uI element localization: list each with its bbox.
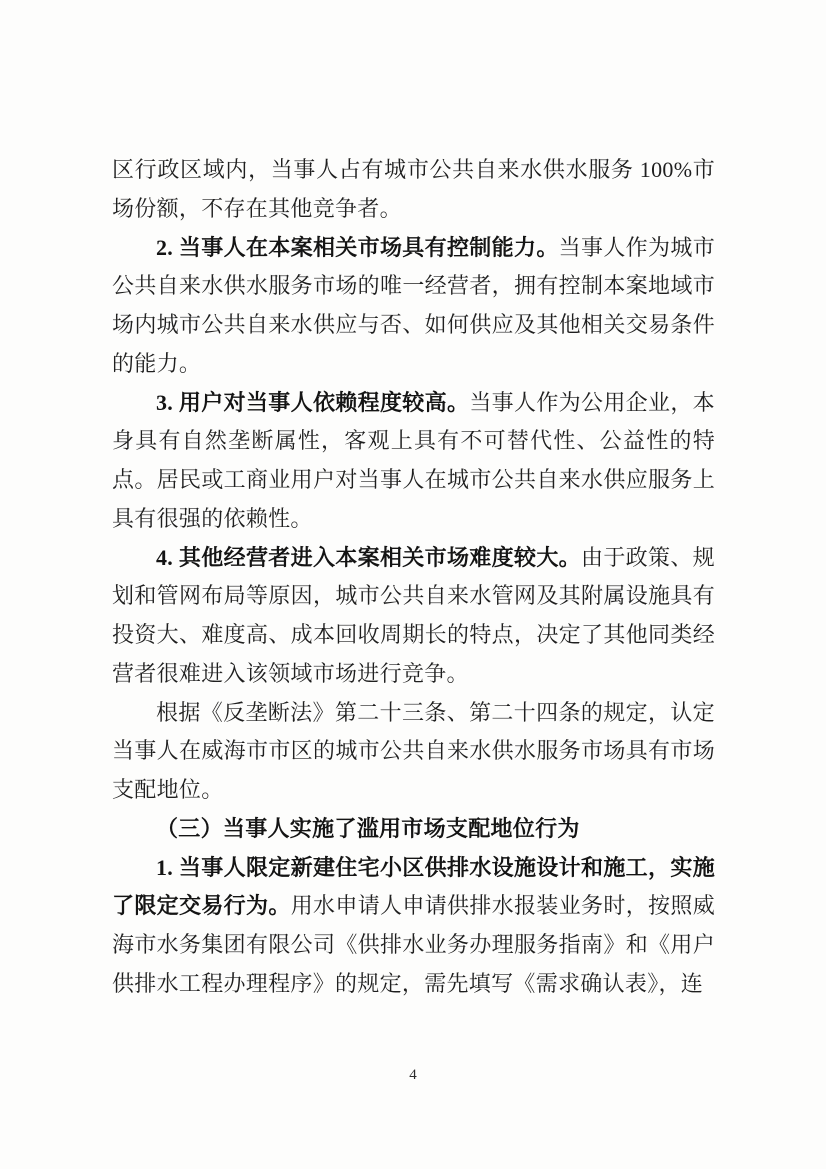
paragraph: 2. 当事人在本案相关市场具有控制能力。当事人作为城市公共自来水供水服务市场的唯… <box>112 229 715 384</box>
text-run: 区行政区域内，当事人占有城市公共自来水供水服务 100%市场份额，不存在其他竞争… <box>112 157 715 221</box>
text-run: 根据《反垄断法》第二十三条、第二十四条的规定，认定当事人在威海市市区的城市公共自… <box>112 700 715 803</box>
document-body: 区行政区域内，当事人占有城市公共自来水供水服务 100%市场份额，不存在其他竞争… <box>112 151 715 1004</box>
paragraph: 1. 当事人限定新建住宅小区供排水设施设计和施工，实施了限定交易行为。用水申请人… <box>112 849 715 1004</box>
bold-text-run: 2. 当事人在本案相关市场具有控制能力。 <box>156 235 559 260</box>
paragraph: 3. 用户对当事人依赖程度较高。当事人作为公用企业，本身具有自然垄断属性，客观上… <box>112 384 715 539</box>
paragraph: （三）当事人实施了滥用市场支配地位行为 <box>112 810 715 849</box>
page-number: 4 <box>0 1064 826 1086</box>
paragraph: 区行政区域内，当事人占有城市公共自来水供水服务 100%市场份额，不存在其他竞争… <box>112 151 715 229</box>
bold-text-run: 4. 其他经营者进入本案相关市场难度较大。 <box>156 545 581 570</box>
paragraph: 4. 其他经营者进入本案相关市场难度较大。由于政策、规划和管网布局等原因，城市公… <box>112 539 715 694</box>
bold-text-run: 3. 用户对当事人依赖程度较高。 <box>156 390 469 415</box>
bold-text-run: （三）当事人实施了滥用市场支配地位行为 <box>156 816 580 841</box>
document-page: 区行政区域内，当事人占有城市公共自来水供水服务 100%市场份额，不存在其他竞争… <box>0 0 826 1169</box>
paragraph: 根据《反垄断法》第二十三条、第二十四条的规定，认定当事人在威海市市区的城市公共自… <box>112 694 715 810</box>
